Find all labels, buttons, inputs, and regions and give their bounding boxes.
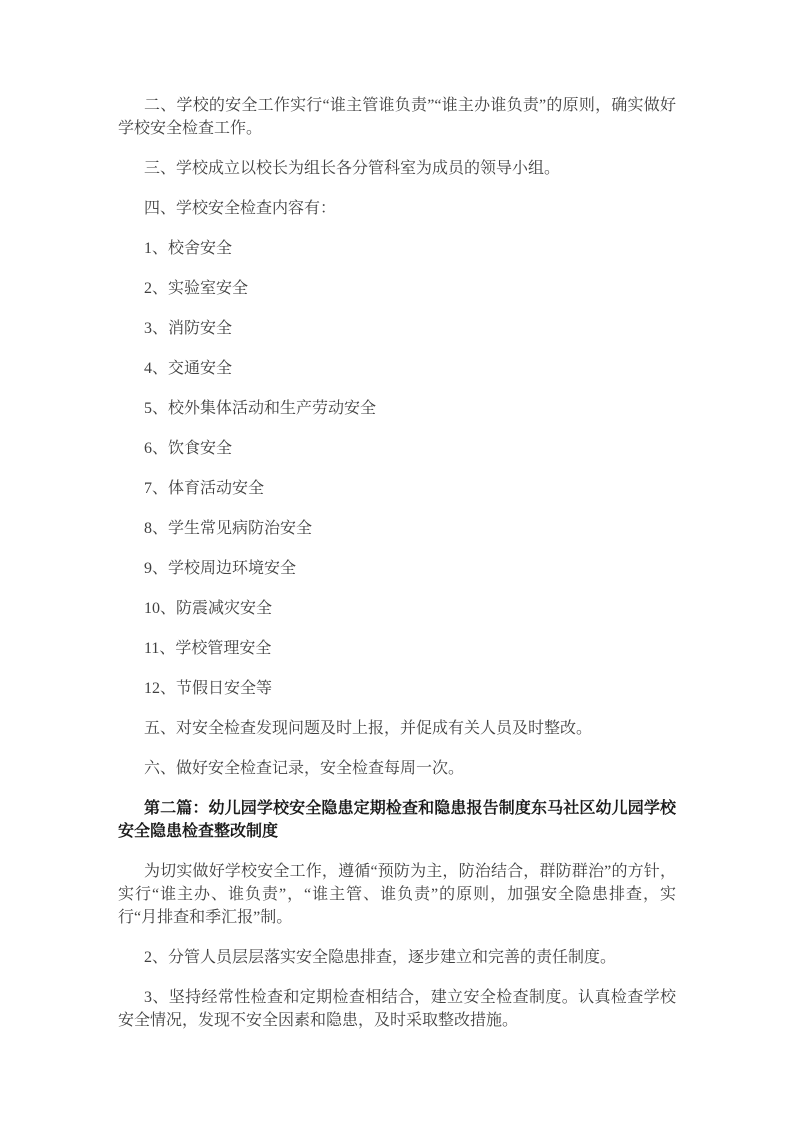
paragraph: 6、饮食安全 <box>118 437 676 460</box>
paragraph: 3、坚持经常性检查和定期检查相结合，建立安全检查制度。认真检查学校安全情况，发现… <box>118 986 676 1032</box>
paragraph: 4、交通安全 <box>118 357 676 380</box>
paragraph: 六、做好安全检查记录，安全检查每周一次。 <box>118 757 676 780</box>
paragraph: 2、实验室安全 <box>118 277 676 300</box>
paragraph: 5、校外集体活动和生产劳动安全 <box>118 397 676 420</box>
paragraph: 9、学校周边环境安全 <box>118 557 676 580</box>
paragraph: 8、学生常见病防治安全 <box>118 517 676 540</box>
paragraph: 2、分管人员层层落实安全隐患排查，逐步建立和完善的责任制度。 <box>118 946 676 969</box>
paragraph: 7、体育活动安全 <box>118 477 676 500</box>
paragraph: 10、防震减灾安全 <box>118 597 676 620</box>
paragraph: 三、学校成立以校长为组长各分管科室为成员的领导小组。 <box>118 157 676 180</box>
section-heading: 第二篇：幼儿园学校安全隐患定期检查和隐患报告制度东马社区幼儿园学校安全隐患检查整… <box>118 797 676 843</box>
paragraph: 12、节假日安全等 <box>118 677 676 700</box>
paragraph: 11、学校管理安全 <box>118 637 676 660</box>
paragraph: 五、对安全检查发现问题及时上报，并促成有关人员及时整改。 <box>118 717 676 740</box>
paragraph: 为切实做好学校安全工作，遵循“预防为主，防治结合，群防群治”的方针，实行“谁主办… <box>118 860 676 929</box>
document-page: 二、学校的安全工作实行“谁主管谁负责”“谁主办谁负责”的原则，确实做好学校安全检… <box>0 0 793 1122</box>
paragraph: 3、消防安全 <box>118 317 676 340</box>
paragraph: 二、学校的安全工作实行“谁主管谁负责”“谁主办谁负责”的原则，确实做好学校安全检… <box>118 94 676 140</box>
paragraph: 四、学校安全检查内容有： <box>118 197 676 220</box>
paragraph: 1、校舍安全 <box>118 237 676 260</box>
document-body: 二、学校的安全工作实行“谁主管谁负责”“谁主办谁负责”的原则，确实做好学校安全检… <box>118 94 676 1049</box>
